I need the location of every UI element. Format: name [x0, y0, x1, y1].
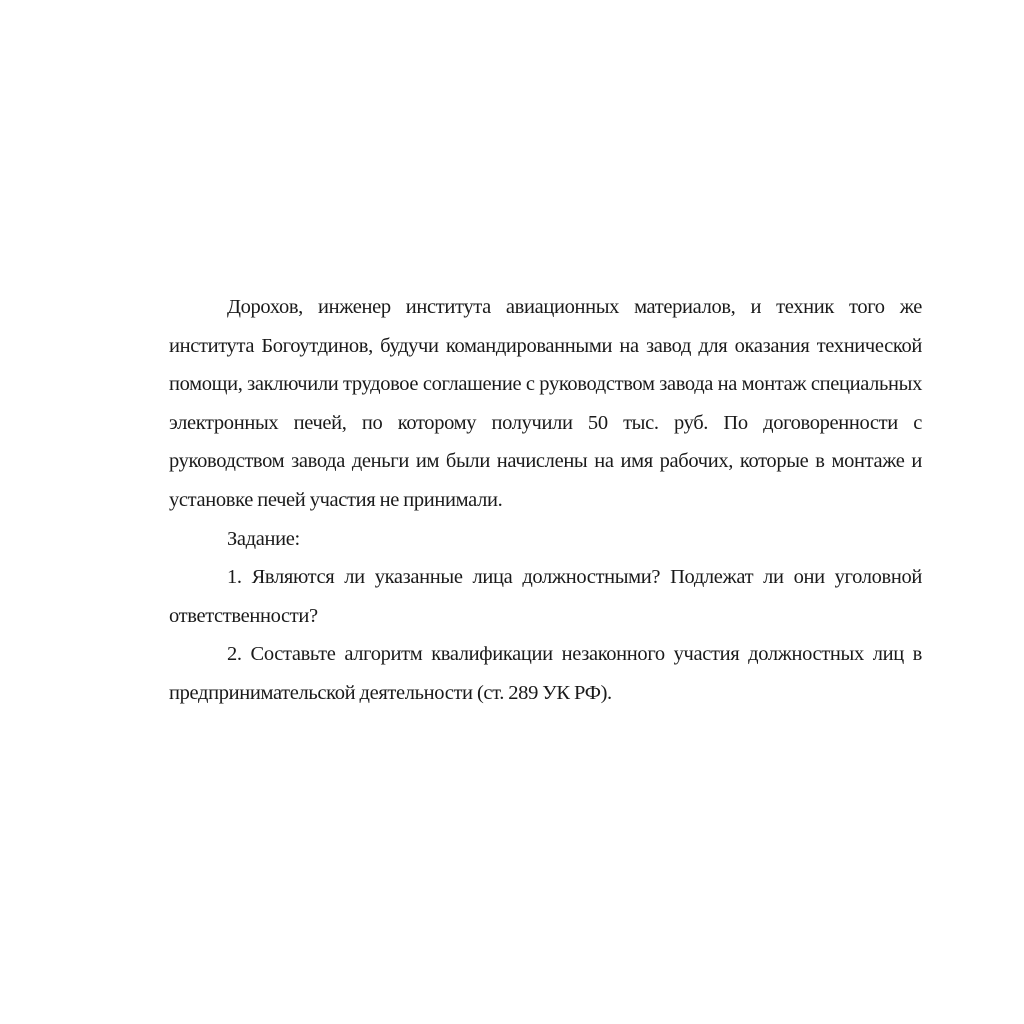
case-description-paragraph: Дорохов, инженер института авиационных м…	[169, 288, 922, 520]
question-2: 2. Составьте алгоритм квалификации незак…	[169, 635, 922, 712]
task-heading: Задание:	[169, 520, 922, 559]
document-body: Дорохов, инженер института авиационных м…	[169, 288, 922, 713]
document-page: Дорохов, инженер института авиационных м…	[0, 0, 1024, 1024]
question-1: 1. Являются ли указанные лица должностны…	[169, 558, 922, 635]
